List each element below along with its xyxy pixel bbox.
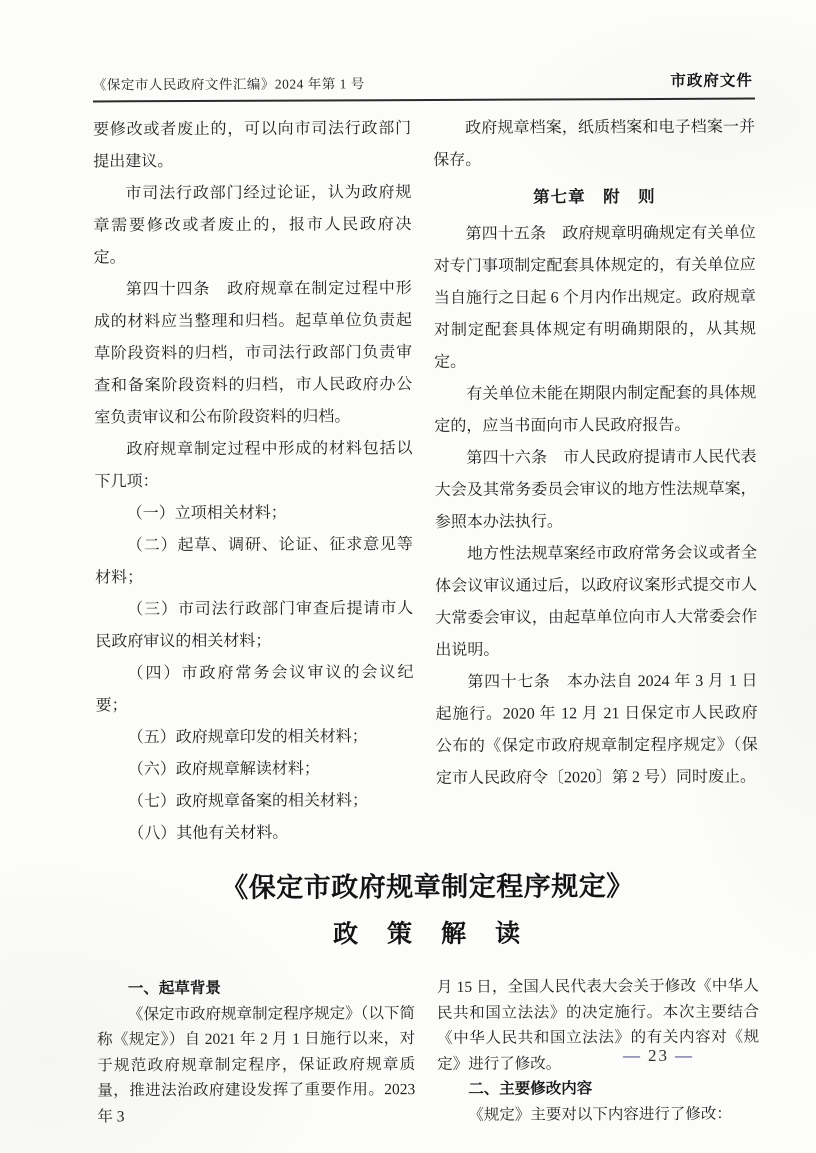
chapter-heading: 第七章 附 则 <box>433 181 755 214</box>
paragraph-article-44: 第四十四条 政府规章在制定过程中形成的材料应当整理和归档。起草单位负责起草阶段资… <box>94 273 413 434</box>
paragraph: 政府规章制定过程中形成的材料包括以下几项： <box>94 433 412 498</box>
paragraph: 《保定市政府规章制定程序规定》（以下简称《规定》）自 2021 年 2 月 1 … <box>97 1001 416 1130</box>
page-header: 《保定市人民政府文件汇编》2024 年第 1 号 市政府文件 <box>93 69 755 103</box>
header-category-label: 市政府文件 <box>670 69 753 91</box>
paragraph: 政府规章档案，纸质档案和电子档案一并保存。 <box>433 112 755 177</box>
list-item: （一）立项相关材料； <box>95 497 413 530</box>
list-item: （五）政府规章印发的相关材料； <box>96 721 414 754</box>
list-item: （四）市政府常务会议审议的会议纪要； <box>95 657 413 722</box>
bottom-right-column: 月 15 日，全国人民代表大会关于修改《中华人民共和国立法法》的决定施行。本次主… <box>437 974 760 1128</box>
policy-title: 《保定市政府规章制定程序规定》 <box>96 866 758 909</box>
paragraph: 《规定》主要对以下内容进行了修改： <box>437 1101 759 1128</box>
top-right-column: 政府规章档案，纸质档案和电子档案一并保存。 第七章 附 则 第四十五条 政府规章… <box>433 112 758 849</box>
paragraph-article-45: 第四十五条 政府规章明确规定有关单位对专门事项制定配套具体规定的，有关单位应当自… <box>433 218 756 379</box>
list-item: （七）政府规章备案的相关材料； <box>96 785 414 818</box>
paragraph-article-46: 第四十六条 市人民政府提请市人民代表大会及其常务委员会审议的地方性法规草案，参照… <box>434 442 756 539</box>
paragraph: 市司法行政部门经过论证，认为政府规章需要修改或者废止的，报市人民政府决定。 <box>93 177 411 274</box>
section-heading-main-revisions: 二、主要修改内容 <box>437 1076 759 1103</box>
header-compilation-label: 《保定市人民政府文件汇编》2024 年第 1 号 <box>93 72 365 93</box>
policy-title-block: 《保定市政府规章制定程序规定》 政 策 解 读 <box>96 866 758 955</box>
document-page: 《保定市人民政府文件汇编》2024 年第 1 号 市政府文件 要修改或者废止的，… <box>93 0 760 1129</box>
page-number: 23 <box>648 1046 669 1065</box>
paragraph: 地方性法规草案经市政府常务会议或者全体会议审议通过后，以政府议案形式提交市人大常… <box>435 538 758 667</box>
page-footer: —23— <box>617 1046 700 1066</box>
paragraph: 月 15 日，全国人民代表大会关于修改《中华人民共和国立法法》的决定施行。本次主… <box>437 974 759 1077</box>
policy-subtitle: 政 策 解 读 <box>97 916 759 955</box>
list-item: （八）其他有关材料。 <box>96 817 414 850</box>
paragraph: 有关单位未能在期限内制定配套的具体规定的，应当书面向市人民政府报告。 <box>434 378 756 443</box>
top-left-column: 要修改或者废止的，可以向市司法行政部门提出建议。 市司法行政部门经过论证，认为政… <box>93 113 414 850</box>
list-item: （二）起草、调研、论证、征求意见等材料； <box>95 529 413 594</box>
list-item: （三）市司法行政部门审查后提请市人民政府审议的相关材料； <box>95 593 413 658</box>
list-item: （六）政府规章解读材料； <box>96 753 414 786</box>
bottom-left-column: 一、起草背景 《保定市政府规章制定程序规定》（以下简称《规定》）自 2021 年… <box>97 975 416 1129</box>
page-number-dash-right: — <box>669 1046 700 1065</box>
page-number-dash-left: — <box>617 1046 648 1065</box>
section-heading-drafting-background: 一、起草背景 <box>97 975 415 1002</box>
paragraph: 要修改或者废止的，可以向市司法行政部门提出建议。 <box>93 113 411 178</box>
top-section: 要修改或者废止的，可以向市司法行政部门提出建议。 市司法行政部门经过论证，认为政… <box>93 112 758 851</box>
paragraph-article-47: 第四十七条 本办法自 2024 年 3 月 1 日起施行。2020 年 12 月… <box>435 666 758 795</box>
